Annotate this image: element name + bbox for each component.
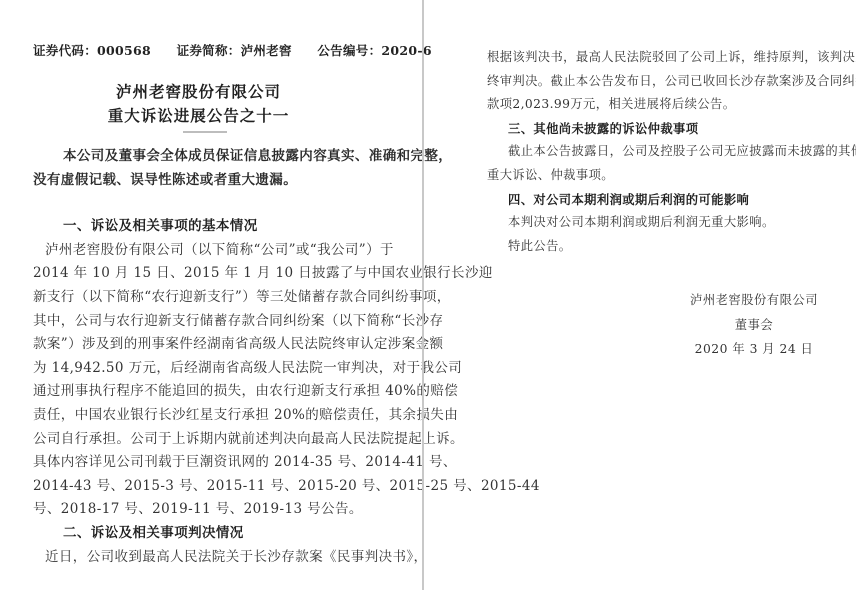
- body-line: 通过刑事执行程序不能追回的损失，由农行迎新支行承担 40%的赔偿: [33, 380, 410, 404]
- signature-date: 2020 年 3 月 24 日: [690, 337, 818, 362]
- body-line: 号、2018-17 号、2019-11 号、2019-13 号公告。: [33, 498, 410, 522]
- body-line: 终审判决。截止本公告发布日，公司已收回长沙存款案涉及合同纠纷: [487, 70, 830, 94]
- body-line: 其中，公司与农行迎新支行储蓄存款合同纠纷案（以下简称“长沙存: [33, 310, 410, 334]
- body-line: 款项2,023.99万元，相关进展将后续公告。: [487, 93, 830, 117]
- body-line: 公司自行承担。公司于上诉期内就前述判决向最高人民法院提起上诉。: [33, 428, 410, 452]
- body-line: 款案”）涉及到的刑事案件经湖南省高级人民法院终审认定涉案金额: [33, 333, 410, 357]
- signature-company: 泸州老窖股份有限公司: [690, 288, 818, 313]
- securities-header-line: 证券代码：000568 证券简称：泸州老窖 公告编号：2020-6: [33, 42, 410, 60]
- body-line: 责任，中国农业银行长沙红星支行承担 20%的赔偿责任，其余损失由: [33, 404, 410, 428]
- company-name-title: 泸州老窖股份有限公司: [33, 80, 364, 104]
- body-line: 近日，公司收到最高人民法院关于长沙存款案《民事判决书》，: [33, 546, 410, 570]
- disclaimer-line: 没有虚假记载、误导性陈述或者重大遗漏。: [33, 169, 410, 193]
- body-line: 泸州老窖股份有限公司（以下简称“公司”或“我公司”）于: [33, 239, 410, 263]
- section-2-heading: 二、诉讼及相关事项判决情况: [33, 522, 410, 546]
- signature-board: 董事会: [690, 313, 818, 338]
- body-line: 根据该判决书，最高人民法院驳回了公司上诉，维持原判，该判决为: [487, 46, 830, 70]
- body-line: 2014-43 号、2015-3 号、2015-11 号、2015-20 号、2…: [33, 475, 410, 499]
- disclaimer-line: 本公司及董事会全体成员保证信息披露内容真实、准确和完整，: [33, 145, 410, 169]
- body-line: 2014 年 10 月 15 日、2015 年 1 月 10 日披露了与中国农业…: [33, 262, 410, 286]
- page-2: 根据该判决书，最高人民法院驳回了公司上诉，维持原判，该判决为 终审判决。截止本公…: [424, 0, 856, 590]
- page-1: 证券代码：000568 证券简称：泸州老窖 公告编号：2020-6 泸州老窖股份…: [0, 0, 422, 590]
- body-line: 具体内容详见公司刊载于巨潮资讯网的 2014-35 号、2014-41 号、: [33, 451, 410, 475]
- section-3-heading: 三、其他尚未披露的诉讼仲裁事项: [487, 117, 830, 141]
- body-line: 新支行（以下简称“农行迎新支行”）等三处储蓄存款合同纠纷事项，: [33, 286, 410, 310]
- signature-block: 泸州老窖股份有限公司 董事会 2020 年 3 月 24 日: [690, 288, 818, 362]
- section-4-heading: 四、对公司本期利润或期后利润的可能影响: [487, 188, 830, 212]
- body-line: 截止本公告披露日，公司及控股子公司无应披露而未披露的其他: [487, 140, 830, 164]
- body-line: 为 14,942.50 万元，后经湖南省高级人民法院一审判决，对于我公司: [33, 357, 410, 381]
- body-line: 本判决对公司本期利润或期后利润无重大影响。: [487, 211, 830, 235]
- document-viewer: 证券代码：000568 证券简称：泸州老窖 公告编号：2020-6 泸州老窖股份…: [0, 0, 856, 590]
- section-1-heading: 一、诉讼及相关事项的基本情况: [33, 215, 410, 239]
- body-line: 重大诉讼、仲裁事项。: [487, 164, 830, 188]
- closing-line: 特此公告。: [487, 235, 830, 259]
- announcement-title: 重大诉讼进展公告之十一: [33, 104, 364, 128]
- title-underline: [183, 131, 227, 133]
